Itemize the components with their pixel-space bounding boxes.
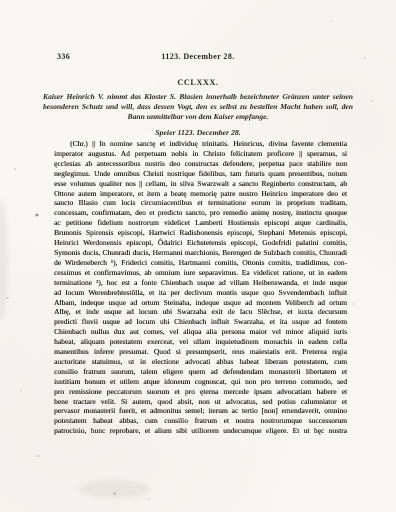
scan-speck bbox=[148, 498, 150, 500]
scan-smudge bbox=[80, 480, 150, 498]
margin-asterisk: * bbox=[35, 212, 39, 221]
text-line: bene tractare velit. Si autem, quod absi… bbox=[54, 397, 347, 407]
text-line: imperator augustus. Ad perpetuam nobis i… bbox=[54, 149, 347, 159]
text-line: consilio fratrum suorum, talem eligere q… bbox=[54, 367, 347, 377]
text-line: sancto Blasio cum locis circumiacentibus… bbox=[54, 198, 347, 208]
text-line: habeat, aliquam potestatem exerceat, vel… bbox=[54, 337, 347, 347]
text-line: esse volumus qualiter nos || cellam, in … bbox=[54, 179, 347, 189]
running-header: 1123. December 28. bbox=[0, 52, 396, 61]
text-line: manentibus inferre presumat. Quod si pre… bbox=[54, 347, 347, 357]
text-line: Ottone autem imperatore, et item a beatę… bbox=[54, 189, 347, 199]
text-line: Albę, et inde usque ad locum ubi Swarzah… bbox=[54, 307, 347, 317]
text-line: Heinrici Werdonensis episcopi, Ôdalrici … bbox=[54, 238, 347, 248]
text-line: pro remissione peccatorum suorum et pro … bbox=[54, 387, 347, 397]
text-line: iustitiam bonum et utilem atque idoneum … bbox=[54, 377, 347, 387]
text-line: potestatem habeat abbas, cum consilio fr… bbox=[54, 416, 347, 426]
scan-speck bbox=[330, 20, 332, 22]
text-line: ad locum Werenbrehtestôlla, et ita per d… bbox=[54, 288, 347, 298]
text-line: Brunonis Spirensis episcopi, Hartwici Ra… bbox=[54, 228, 347, 238]
scan-speck bbox=[14, 168, 16, 170]
entry-dateline: Speier 1123. December 28. bbox=[0, 128, 396, 137]
scanned-page: 336 1123. December 28. CCLXXX. Kaiser He… bbox=[0, 0, 396, 512]
text-line: de Wirdeneberch ¹), Friderici comitis, H… bbox=[54, 258, 347, 268]
text-line: (Chr.) || In nomine sanctę et individuę … bbox=[54, 139, 347, 149]
scan-speck bbox=[371, 100, 373, 102]
text-line: cessimus et confirmavimus, ab omnium iur… bbox=[54, 268, 347, 278]
page-header: 336 1123. December 28. bbox=[0, 52, 396, 63]
scan-speck bbox=[352, 303, 354, 305]
entry-number-heading: CCLXXX. bbox=[0, 78, 396, 87]
scan-speck bbox=[37, 455, 39, 457]
text-line: Symonis ducis, Chunradi ducis, Hermanni … bbox=[54, 248, 347, 258]
text-line: pervasor monasterii fuerit, et admonitus… bbox=[54, 406, 347, 416]
text-line: predicti fluvii usque ad locum ubi Chien… bbox=[54, 317, 347, 327]
scan-speck bbox=[20, 390, 22, 392]
entry-summary: Kaiser Heinrich V. nimmt das Kloster S. … bbox=[43, 92, 353, 123]
charter-body-text: (Chr.) || In nomine sanctę et individuę … bbox=[54, 139, 347, 436]
text-line: neglegimus. Unde omnibus Christi nostriq… bbox=[54, 169, 347, 179]
text-line: terminatione ²), hoc est a fonte Chienba… bbox=[54, 278, 347, 288]
text-line: Chienbach nullus dux aut comes, vel aliq… bbox=[54, 327, 347, 337]
text-line: auctoritate statuimus, ut in electione a… bbox=[54, 357, 347, 367]
text-line: Albam, indeque usque ad ortum Steinaha, … bbox=[54, 298, 347, 308]
scan-speck bbox=[364, 57, 366, 59]
text-line: ac petitione fidelium nostrorum videlice… bbox=[54, 218, 347, 228]
scan-smudge bbox=[0, 200, 8, 320]
text-line: patrocinio, hunc reprobare, et alium sib… bbox=[54, 426, 347, 436]
text-line: concessam, confirmatam, deo et predicto … bbox=[54, 208, 347, 218]
text-line: ęcclesias ab antecessoribus nostris deo … bbox=[54, 159, 347, 169]
